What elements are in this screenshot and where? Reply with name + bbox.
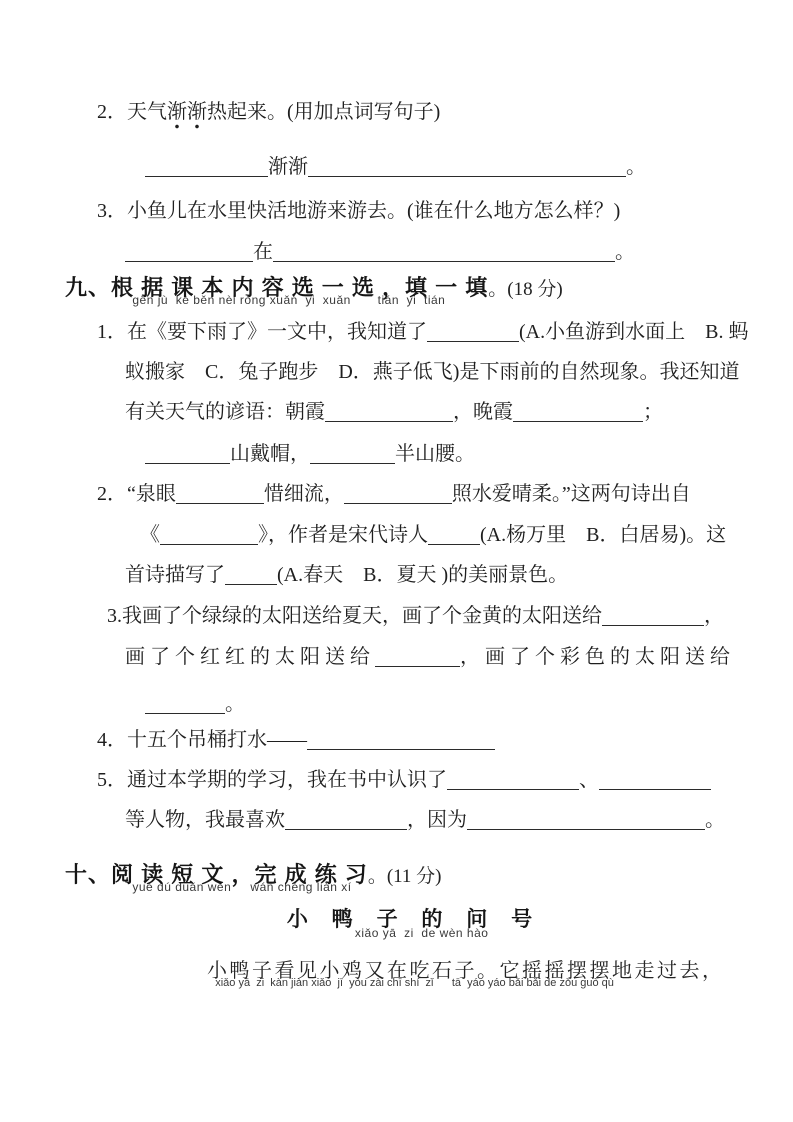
fill-blank (513, 405, 643, 422)
q2-options: (A.杨万里 B．白居易)。这 (480, 524, 726, 546)
q3-line-2: 画了个红红的太阳送给，画了个彩色的太阳送给 (125, 643, 735, 671)
worksheet-page: 2．天气渐渐热起来。(用加点词写句子) 渐渐。 3．小鱼儿在水里快活地游来游去。… (0, 0, 793, 1122)
section-9-title: 根 据 课 本 内 容 选 一 选 ，填 一 填 (111, 275, 488, 300)
q1-proverb-text: 山戴帽， (230, 443, 310, 465)
fill-blank (307, 733, 495, 750)
q5-line-2: 等人物，我最喜欢，因为。 (125, 806, 725, 834)
q5-text: ，因为 (407, 809, 467, 831)
passage-text: 小鸭子看见小鸡又在吃石子。它摇摇摆摆地走过去， (207, 960, 725, 982)
punctuation: 、 (579, 769, 599, 791)
q2-text: 首诗描写了 (125, 564, 225, 586)
fill-blank (285, 813, 407, 830)
q3-text: 3.我画了个绿绿的太阳送给夏天，画了个金黄的太阳送给 (107, 605, 602, 627)
fill-blank (427, 325, 519, 342)
q2-bracket-open: 《 (140, 524, 160, 546)
fill-blank (602, 609, 704, 626)
passage-line-1: 小鸭子看见小鸡又在吃石子。它摇摇摆摆地走过去， (207, 957, 725, 985)
punctuation: ； (643, 401, 663, 423)
q1-line-2: 蚁搬家 C．兔子跑步 D．燕子低飞)是下雨前的自然现象。我还知道 (125, 358, 739, 386)
q2-poem-text: 惜细流， (264, 483, 344, 505)
q2-line-2: 《》，作者是宋代诗人(A.杨万里 B．白居易)。这 (140, 521, 726, 549)
q2-poem-text: 照水爱晴柔。”这两句诗出自 (452, 483, 691, 505)
fill-blank (308, 160, 626, 177)
q5-line-1: 5．通过本学期的学习，我在书中认识了、 (97, 766, 711, 794)
fill-blank (428, 528, 480, 545)
q5-text: 等人物，我最喜欢 (125, 809, 285, 831)
fill-blank (344, 487, 452, 504)
fill-blank (145, 160, 268, 177)
question-2-answer-line: 渐渐。 (145, 153, 646, 181)
q4-text: 4．十五个吊桶打水—— (97, 729, 307, 751)
answer-hint-word: 渐渐 (268, 156, 308, 178)
question-3-line: 3．小鱼儿在水里快活地游来游去。(谁在什么地方怎么样？) (97, 197, 620, 225)
section-10-number: 十、 (65, 862, 111, 887)
fill-blank (599, 773, 711, 790)
period: 。 (705, 809, 725, 831)
q2-text: 》，作者是宋代诗人 (258, 524, 428, 546)
question-2-number: 2． (97, 101, 127, 123)
period: 。 (225, 693, 245, 715)
section-9-score: 。(18 分) (488, 279, 562, 300)
question-2-text-post: 热起来。(用加点词写句子) (207, 101, 440, 123)
dotted-word: 渐渐 (167, 101, 207, 129)
fill-blank (447, 773, 579, 790)
fill-blank (145, 447, 230, 464)
question-2-line: 2．天气渐渐热起来。(用加点词写句子) (97, 98, 440, 126)
fill-blank (160, 528, 258, 545)
q1-options-a-b: (A.小鱼游到水面上 B. 蚂 (519, 321, 748, 343)
passage-title: 小 鸭 子 的 问 号 (0, 906, 793, 934)
fill-blank (310, 447, 395, 464)
q1-text: 1．在《要下雨了》一文中，我知道了 (97, 321, 427, 343)
q2-options: (A.春天 B．夏天 )的美丽景色。 (277, 564, 568, 586)
fill-blank (467, 813, 705, 830)
passage-title-text: 小 鸭 子 的 问 号 (287, 908, 541, 931)
q2-line-3: 首诗描写了(A.春天 B．夏天 )的美丽景色。 (125, 561, 568, 589)
fill-blank (176, 487, 264, 504)
fill-blank (375, 650, 460, 667)
section-10-title: 阅 读 短 文 ，完 成 练 习 (111, 862, 368, 887)
question-2-text-pre: 天气 (127, 101, 167, 123)
section-10-heading: 十、阅 读 短 文 ，完 成 练 习。(11 分) (65, 861, 442, 891)
q1-options-c-d: 蚁搬家 C．兔子跑步 D．燕子低飞)是下雨前的自然现象。我还知道 (125, 361, 739, 383)
period: 。 (626, 156, 646, 178)
q3-text: ，画了个彩色的太阳送给 (460, 646, 735, 668)
question-3-text: 小鱼儿在水里快活地游来游去。(谁在什么地方怎么样？) (127, 200, 620, 222)
q2-poem-text: 2．“泉眼 (97, 483, 176, 505)
q3-line-1: 3.我画了个绿绿的太阳送给夏天，画了个金黄的太阳送给， (107, 602, 724, 630)
q3-text: 画了个红红的太阳送给 (125, 646, 375, 668)
q4-line: 4．十五个吊桶打水—— (97, 726, 495, 754)
punctuation: ， (704, 605, 724, 627)
q1-line-4: 山戴帽，半山腰。 (145, 440, 475, 468)
fill-blank (145, 697, 225, 714)
period: 。 (615, 241, 635, 263)
q1-proverb-text: 有关天气的谚语：朝霞 (125, 401, 325, 423)
q1-line-1: 1．在《要下雨了》一文中，我知道了(A.小鱼游到水面上 B. 蚂 (97, 318, 748, 346)
section-10-score: 。(11 分) (368, 866, 442, 887)
q1-proverb-text: 半山腰。 (395, 443, 475, 465)
q1-proverb-text: ，晚霞 (453, 401, 513, 423)
question-3-number: 3． (97, 200, 127, 222)
q1-line-3: 有关天气的谚语：朝霞，晚霞； (125, 398, 663, 426)
section-9-heading: 九、根 据 课 本 内 容 选 一 选 ，填 一 填。(18 分) (65, 274, 563, 304)
q3-line-3: 。 (145, 690, 245, 718)
q5-text: 5．通过本学期的学习，我在书中认识了 (97, 769, 447, 791)
fill-blank (225, 568, 277, 585)
section-9-number: 九、 (65, 275, 111, 300)
q2-line-1: 2．“泉眼惜细流，照水爱晴柔。”这两句诗出自 (97, 480, 691, 508)
fill-blank (325, 405, 453, 422)
